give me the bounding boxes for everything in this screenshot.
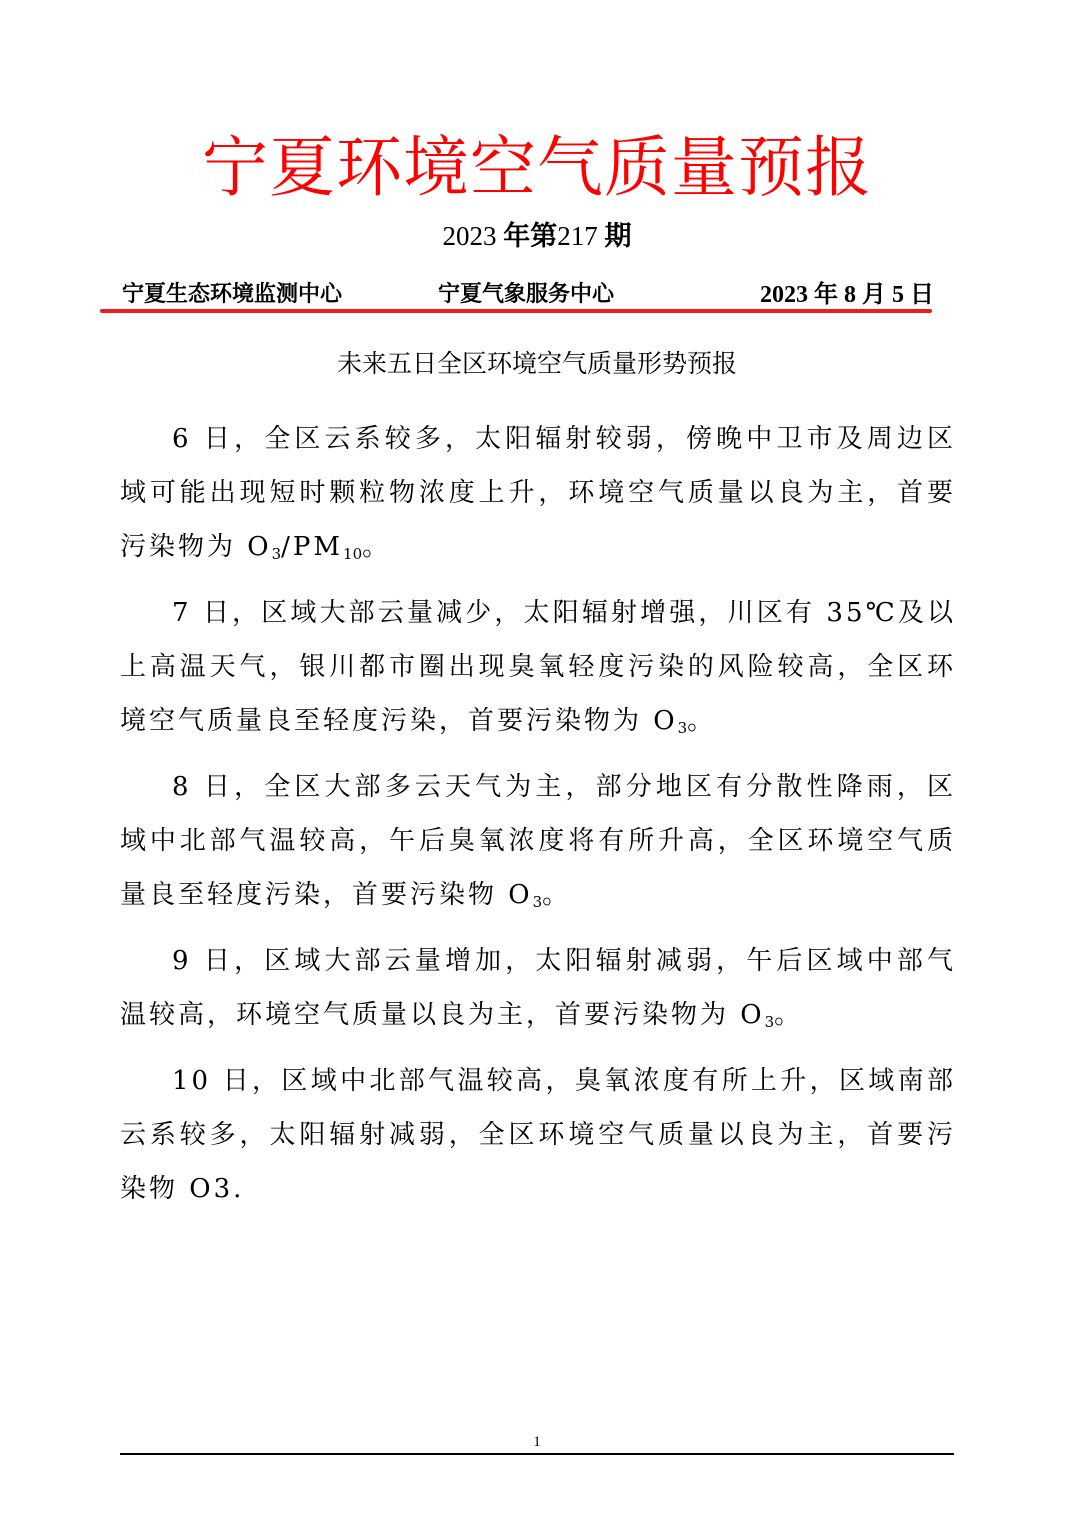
day-label: 9 日 [172,946,234,976]
day-label: 10 日 [172,1066,252,1096]
page-number: 1 [0,1432,1074,1452]
issue-date: 2023 年 8 月 5 日 [760,278,934,312]
period: 。 [542,880,571,910]
period: 。 [774,1000,803,1030]
forecast-day-7: 7 日，区域大部云量减少，太阳辐射增强，川区有 35℃及以上高温天气，银川都市圈… [120,586,956,755]
period: 。 [687,706,716,736]
day-label: 7 日 [172,598,232,628]
pollutant: O [653,706,677,736]
issue-year-label: 年第 [503,221,557,251]
pollutant: O [508,880,532,910]
forecast-text: ，全区大部多云天气为主，部分地区有分散性降雨，区域中北部气温较高，午后臭氧浓度将… [120,772,956,910]
forecast-text: ，区域大部云量减少，太阳辐射增强，川区有 35℃及以上高温天气，银川都市圈出现臭… [120,598,956,736]
forecast-day-8: 8 日，全区大部多云天气为主，部分地区有分散性降雨，区域中北部气温较高，午后臭氧… [120,760,956,929]
footer-divider [120,1453,954,1455]
forecast-text: ，区域大部云量增加，太阳辐射减弱，午后区域中部气温较高，环境空气质量以良为主，首… [120,946,956,1030]
issue-num-label: 期 [605,221,632,251]
issue-num: 217 [557,221,598,251]
pollutant-sub: 3 [765,1013,775,1031]
issue-number: 2023 年第217 期 [0,218,1074,254]
section-title: 未来五日全区环境空气质量形势预报 [0,346,1074,382]
issue-year: 2023 [443,221,497,251]
forecast-day-6: 6 日，全区云系较多，太阳辐射较弱，傍晚中卫市及周边区域可能出现短时颗粒物浓度上… [120,412,956,581]
forecast-body: 6 日，全区云系较多，太阳辐射较弱，傍晚中卫市及周边区域可能出现短时颗粒物浓度上… [120,412,956,1221]
forecast-text: ，全区云系较多，太阳辐射较弱，傍晚中卫市及周边区域可能出现短时颗粒物浓度上升，环… [120,424,956,562]
pollutant: O [247,532,271,562]
forecast-day-9: 9 日，区域大部云量增加，太阳辐射减弱，午后区域中部气温较高，环境空气质量以良为… [120,934,956,1049]
pollutant: O [740,1000,764,1030]
period: 。 [362,532,391,562]
forecast-day-10: 10 日，区域中北部气温较高，臭氧浓度有所上升，区域南部云系较多，太阳辐射减弱，… [120,1054,956,1216]
day-label: 8 日 [172,772,234,802]
document-title: 宁夏环境空气质量预报 [0,128,1074,208]
issuer-monitoring-center: 宁夏生态环境监测中心 [122,278,342,312]
pollutant2-sub: 10 [343,545,362,563]
pollutant-sub: 3 [272,545,282,563]
pollutant2: /PM [281,532,343,562]
issuer-meteorological-center: 宁夏气象服务中心 [438,278,614,312]
pollutant-sub: 3 [678,719,688,737]
pollutant-sub: 3 [533,893,543,911]
header-divider [100,309,932,313]
issuer-row: 宁夏生态环境监测中心 宁夏气象服务中心 2023 年 8 月 5 日 [122,278,934,312]
day-label: 6 日 [172,424,234,454]
